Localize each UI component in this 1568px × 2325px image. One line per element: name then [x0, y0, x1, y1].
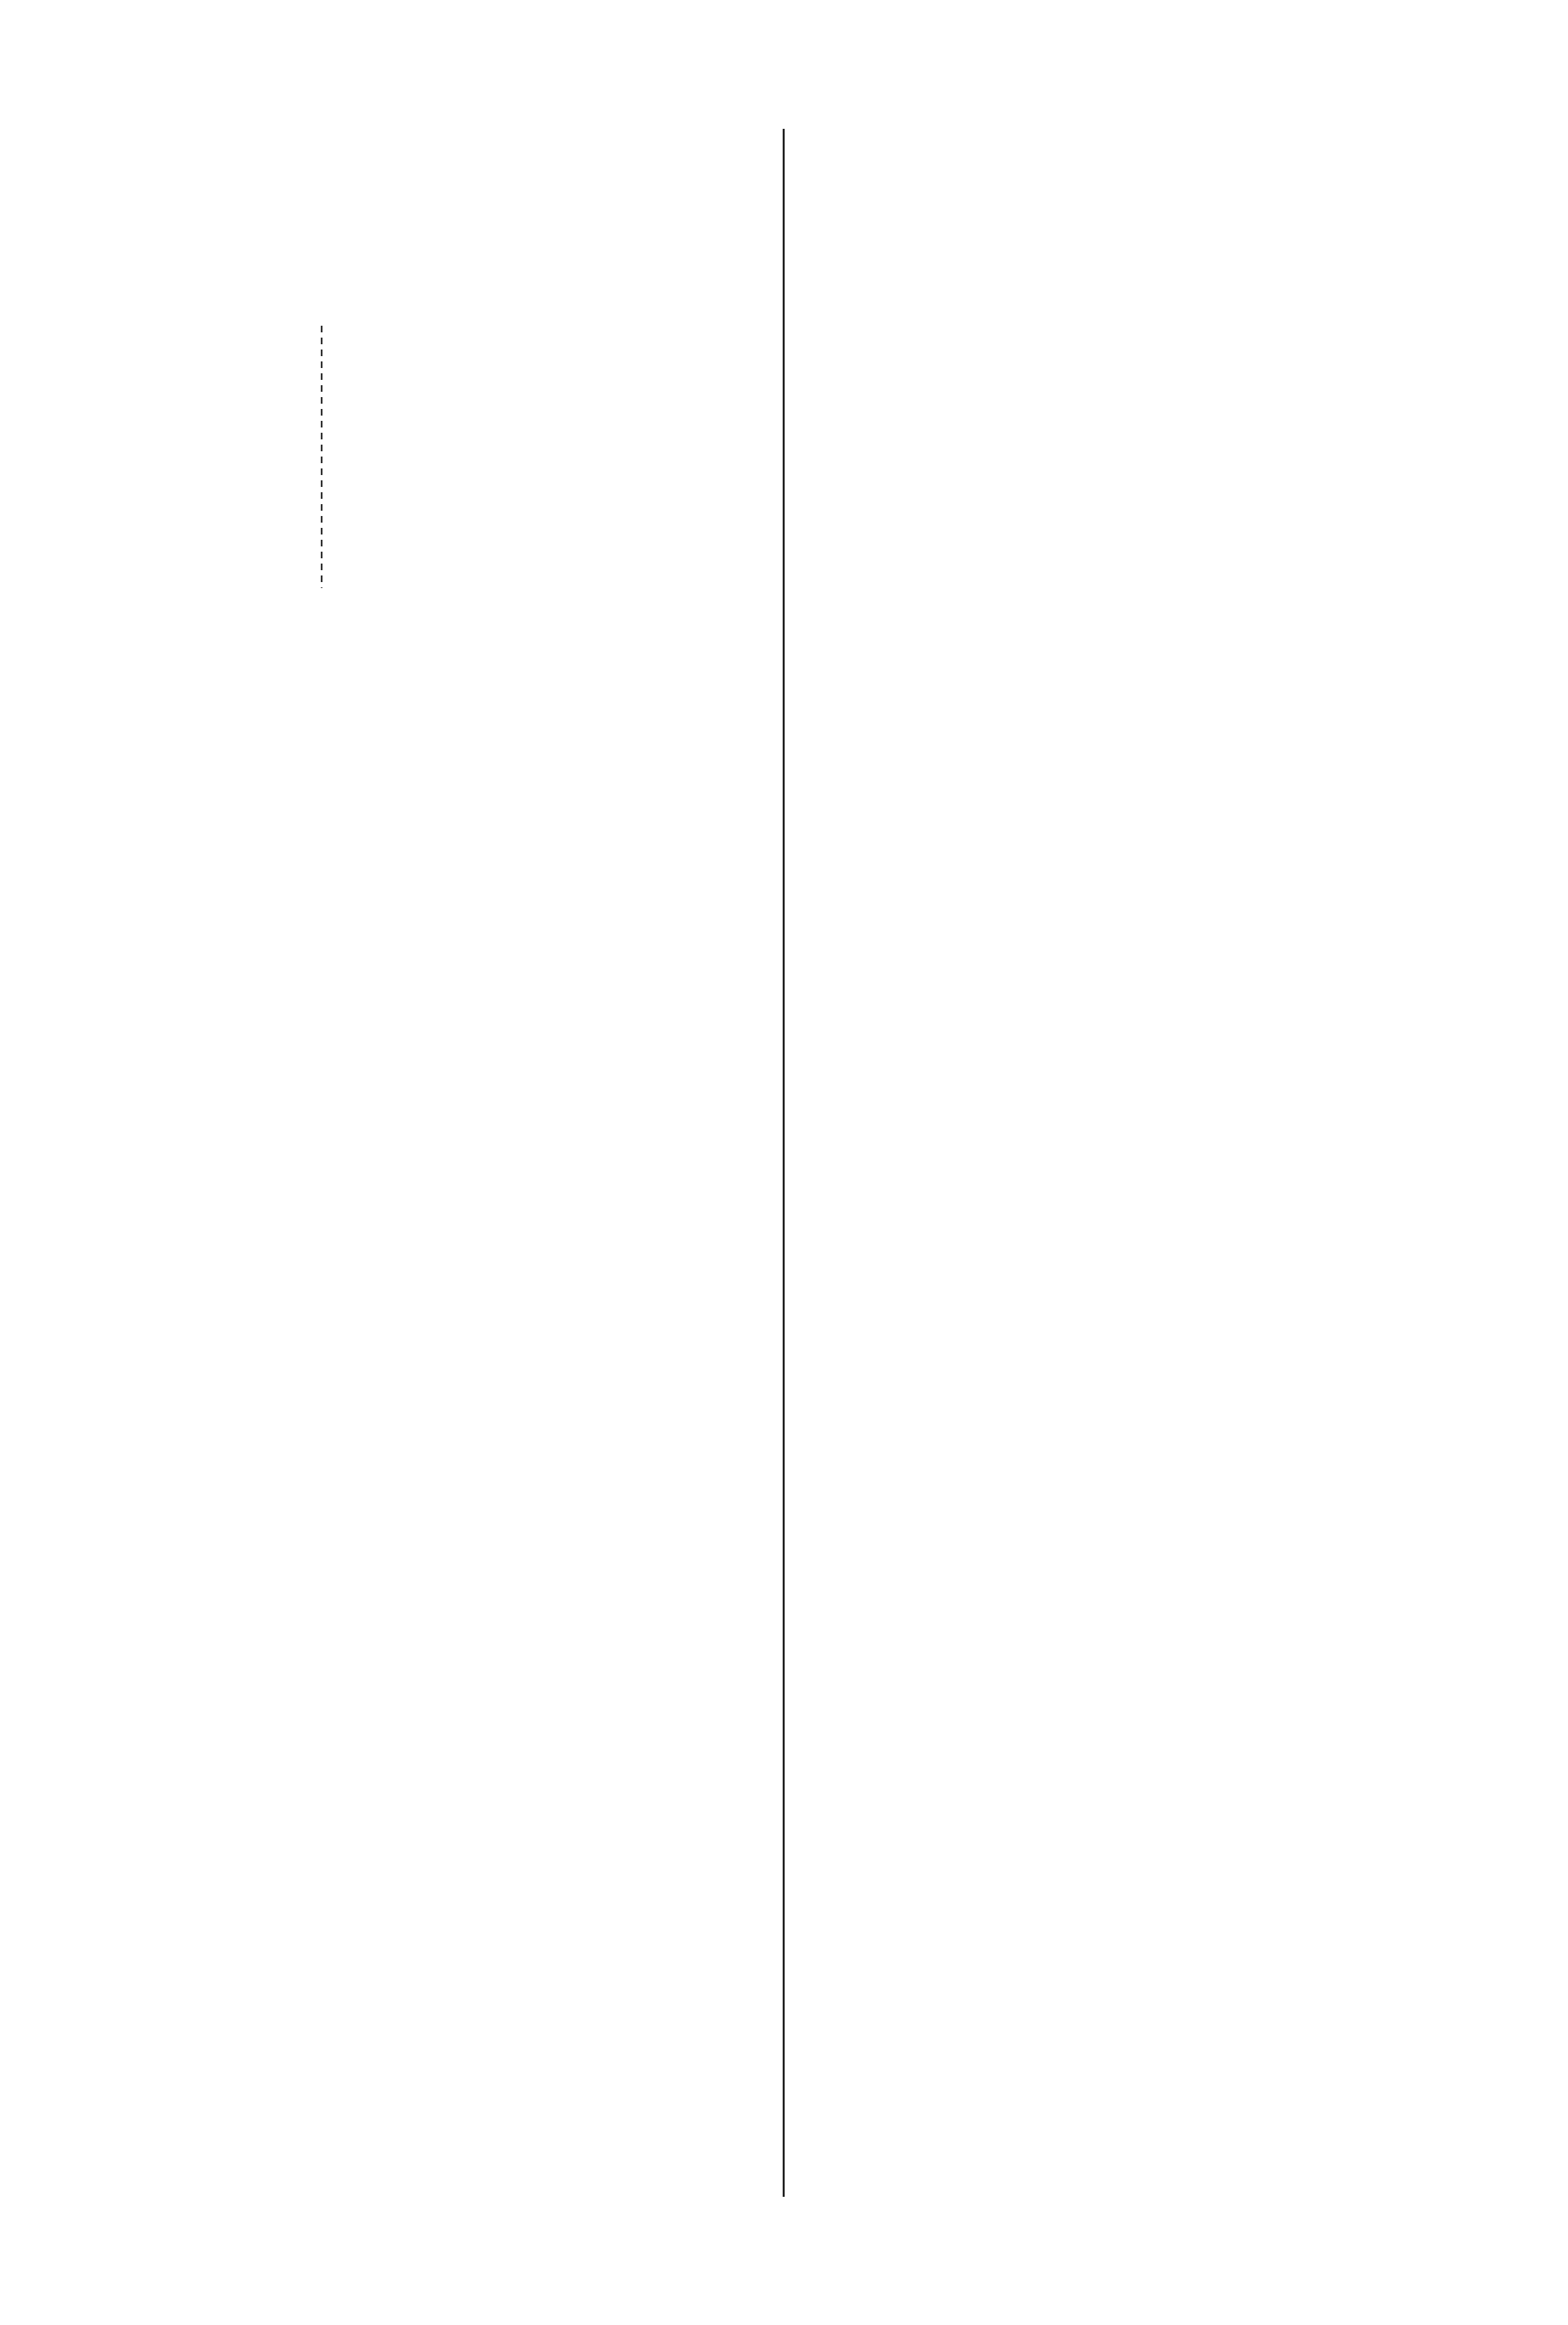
coordinate-graph	[267, 185, 690, 588]
column-divider	[783, 129, 785, 2197]
